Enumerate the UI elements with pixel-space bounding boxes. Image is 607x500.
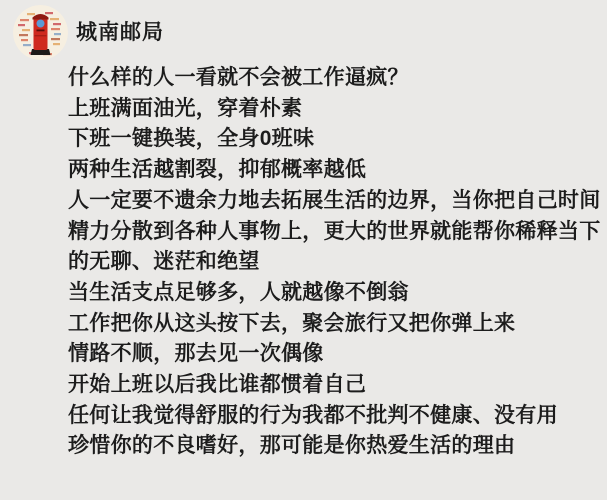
post-text-line: 情路不顺，那去见一次偶像 — [68, 339, 594, 370]
post-text-line: 珍惜你的不良嗜好，那可能是你热爱生活的理由 — [68, 431, 594, 462]
post-text-line: 两种生活越割裂，抑郁概率越低 — [68, 155, 594, 186]
post-body: 什么样的人一看就不会被工作逼疯？上班满面油光，穿着朴素下班一键换装，全身0班味两… — [68, 63, 594, 462]
post-text-line: 上班满面油光，穿着朴素 — [68, 94, 594, 125]
post-text-line: 工作把你从这头按下去，聚会旅行又把你弹上来 — [68, 309, 594, 340]
post-text-line: 下班一键换装，全身0班味 — [68, 124, 594, 155]
avatar[interactable] — [13, 5, 68, 60]
post-text-line: 开始上班以后我比谁都惯着自己 — [68, 370, 594, 401]
post-text-line: 人一定要不遗余力地去拓展生活的边界，当你把自己时间 — [68, 186, 594, 217]
postbox-avatar-icon — [13, 5, 68, 60]
author-name[interactable]: 城南邮局 — [76, 16, 164, 46]
post-text-line: 的无聊、迷茫和绝望 — [68, 247, 594, 278]
post-text-line: 当生活支点足够多，人就越像不倒翁 — [68, 278, 594, 309]
post-card: 城南邮局 什么样的人一看就不会被工作逼疯？上班满面油光，穿着朴素下班一键换装，全… — [0, 0, 607, 500]
post-text-line: 什么样的人一看就不会被工作逼疯？ — [68, 63, 594, 94]
post-text-line: 精力分散到各种人事物上，更大的世界就能帮你稀释当下 — [68, 217, 594, 248]
page: { "colors": { "background": "#eae9e7", "… — [0, 0, 607, 500]
post-header: 城南邮局 — [13, 4, 594, 60]
post-text-line: 任何让我觉得舒服的行为我都不批判不健康、没有用 — [68, 401, 594, 432]
